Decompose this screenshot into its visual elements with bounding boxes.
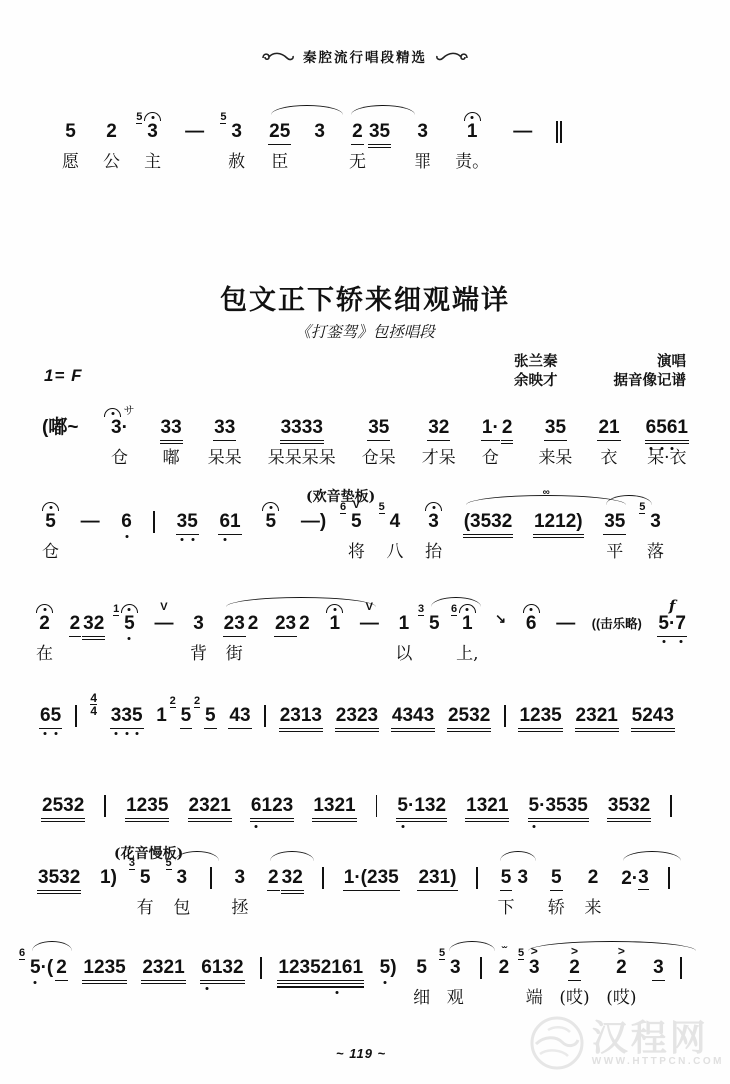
note-char: 2 <box>56 957 67 979</box>
note-char: 2 <box>480 705 491 727</box>
lyric-text: 街 <box>226 639 243 665</box>
note-char: 2 <box>269 121 280 143</box>
octave-dot <box>671 447 674 450</box>
note-char: 2 <box>39 613 50 635</box>
barline <box>680 957 682 979</box>
note-digits: 2 3 <box>275 613 296 635</box>
lyric-text: 呆·衣 <box>647 443 686 469</box>
note-char: 3 <box>402 705 413 727</box>
note-digits: 3 5 <box>368 417 389 439</box>
note-token: 2532 <box>42 778 84 817</box>
note-char: 1 <box>467 121 478 143</box>
note-char: 5 <box>187 511 198 533</box>
beam-underline <box>575 731 619 732</box>
note-token: 2 5臣 <box>269 104 290 173</box>
note-digits: 1321 <box>466 795 508 817</box>
note-digits: 2532 <box>42 795 84 817</box>
breath-mark-icon: V <box>160 602 167 613</box>
note-char: 6 <box>251 795 262 817</box>
note-token: ((击乐略) <box>592 596 642 635</box>
note-char: 3 <box>429 867 440 889</box>
note-token: 5仓 <box>42 494 59 563</box>
note-digits: (嘟~ <box>42 417 78 439</box>
barline <box>560 121 562 143</box>
note-token: 2 <box>299 596 310 635</box>
note-char: 3 <box>424 705 435 727</box>
note-char: 1 <box>399 613 410 635</box>
note-char: 3 <box>121 705 132 727</box>
note-char: 1 <box>462 613 473 635</box>
double-barline <box>556 121 562 143</box>
note-char: 2 <box>248 613 259 635</box>
note-char: 5 <box>397 795 408 817</box>
note-char: 2 <box>367 867 378 889</box>
note-annotations: サ <box>104 400 134 417</box>
note-digits: 1235 <box>126 795 168 817</box>
barline <box>504 705 506 727</box>
lyric-text: 仓呆 <box>362 443 396 469</box>
note-digits: 56 <box>351 511 362 533</box>
note-char: 1 <box>414 795 425 817</box>
note-token: 1235 <box>519 688 561 727</box>
octave-dot <box>125 732 128 735</box>
note-token: 6561呆·衣 <box>646 400 688 469</box>
note-digits: 1) <box>100 867 117 889</box>
music-line: 5愿2公35主—35赦2 5臣32无353罪1责。— <box>62 104 562 173</box>
note-char: ) <box>111 867 117 889</box>
beam-underline <box>607 818 651 819</box>
note-char: 6 <box>219 511 230 533</box>
beam-underline <box>447 731 491 732</box>
fermata-icon <box>326 604 343 613</box>
note-char: 2 <box>597 705 608 727</box>
note-token: 16上, <box>456 596 478 665</box>
note-char: 1 <box>83 957 94 979</box>
beam-underline <box>607 821 651 822</box>
octave-dot <box>679 640 682 643</box>
note-token: 2 1衣 <box>598 400 619 469</box>
note-char: 3 <box>425 795 436 817</box>
note-char: 3 <box>240 705 251 727</box>
note-char: 5 <box>65 121 76 143</box>
note-char: 1 <box>329 613 340 635</box>
note-char: 2 <box>70 613 81 635</box>
note-digits: 4343 <box>392 705 434 727</box>
note-char: 4 <box>229 705 240 727</box>
note-token: 1 <box>326 596 343 635</box>
lyric-text: 呆呆呆呆 <box>268 443 336 469</box>
beam-underline <box>250 821 294 822</box>
note-char: 2 <box>189 795 200 817</box>
octave-dot <box>649 447 652 450</box>
watermark-name: 汉程网 <box>592 1020 724 1056</box>
note-token: 1212) <box>534 494 583 533</box>
note-token: V— <box>154 596 173 635</box>
note-char: 4 <box>653 705 664 727</box>
note-char: 3 <box>153 957 164 979</box>
note-char: 3 <box>177 511 188 533</box>
note-char: 2 <box>106 121 117 143</box>
note-token: 5下 <box>498 850 515 919</box>
beam-underline <box>41 818 85 819</box>
music-line: 2在23251V—3背2 3街22 321V—1以5316上,↘6—((击乐略)… <box>36 596 686 665</box>
book-header-title: 秦腔流行唱段精选 <box>303 46 427 66</box>
note-char: 2 <box>566 511 577 533</box>
beam-underline <box>447 728 491 729</box>
note-token: >2(哎) <box>559 940 589 1009</box>
note-char: 3 <box>663 705 674 727</box>
note-token: (嘟~ <box>42 400 78 439</box>
beam-underline <box>463 534 514 535</box>
lyric-text: 背 <box>190 639 207 665</box>
barline-cell <box>260 940 262 979</box>
lyric-text: 衣 <box>601 443 618 469</box>
beam-underline <box>279 728 323 729</box>
note-char: 5 <box>132 705 143 727</box>
note-digits: 1235 <box>519 705 561 727</box>
note-digits: ↘ <box>495 608 506 630</box>
lyric-text: 细 <box>413 983 430 1009</box>
note-char: 2 <box>70 867 81 889</box>
note-token: 3背 <box>190 596 207 665</box>
note-char: 3 <box>470 511 481 533</box>
note-token: 2来 <box>584 850 601 919</box>
note-char: 3 <box>147 795 158 817</box>
double-barline-cell <box>556 104 562 143</box>
music-line: 253212352321612313215·13213215·35353532 <box>42 778 672 817</box>
octave-dot <box>180 538 183 541</box>
note-digits: 231) <box>418 867 456 889</box>
note-annotations <box>425 494 442 511</box>
note-token: 3抬 <box>425 494 442 563</box>
note-char: 1 <box>482 417 493 439</box>
note-char: · <box>492 417 498 439</box>
note-token: 6 <box>523 596 540 635</box>
lyric-text: 八 <box>386 537 403 563</box>
barline-cell <box>75 688 77 727</box>
note-token: 2在 <box>36 596 53 665</box>
beam-underline <box>200 983 244 984</box>
note-char: 2 <box>448 705 459 727</box>
beam-underline <box>281 893 304 894</box>
lyric-text: 臣 <box>271 147 288 173</box>
note-char: 3 <box>63 795 74 817</box>
beam-underline <box>550 890 563 891</box>
note-annotations <box>42 494 59 511</box>
note-char: 3 <box>368 417 379 439</box>
beam-underline <box>188 818 232 819</box>
octave-dot <box>532 825 535 828</box>
note-char: 2 <box>94 957 105 979</box>
note-char: 5 <box>416 957 427 979</box>
fermata-icon <box>425 502 442 511</box>
note-char: 2 <box>94 613 105 635</box>
note-char: 3 <box>314 121 325 143</box>
note-token: 4 3 <box>229 688 250 727</box>
note-digits: 53 <box>429 613 440 635</box>
lyric-text: (哎) <box>559 983 589 1009</box>
note-token: 35 <box>369 104 390 143</box>
note-char: 5 <box>45 511 56 533</box>
lyric-text: 来 <box>584 893 601 919</box>
barline-cell <box>264 688 266 727</box>
beam-underline <box>176 534 199 535</box>
grace-note: 2 <box>194 696 200 708</box>
note-char: 2 <box>357 705 368 727</box>
note-token: 6 <box>121 494 132 533</box>
note-char: — <box>513 121 532 143</box>
barline-cell <box>504 688 506 727</box>
note-digits: 2 <box>352 121 363 143</box>
note-char: 6 <box>526 613 537 635</box>
note-digits: 1·(235 <box>344 867 399 889</box>
beam-underline <box>312 818 356 819</box>
note-token: 35赦 <box>228 104 245 173</box>
note-digits: — <box>185 121 204 143</box>
beam-underline <box>55 980 68 981</box>
note-char: 5 <box>529 795 540 817</box>
note-group: 232 <box>268 850 303 889</box>
note-char: 3 <box>231 121 242 143</box>
note-token: 4343 <box>392 688 434 727</box>
note-digits: 3 <box>314 121 325 143</box>
note-token: 1235 <box>83 940 125 979</box>
note-digits: 1 <box>399 613 410 635</box>
note-token: 2321 <box>142 940 184 979</box>
note-char: 3 <box>300 957 311 979</box>
note-digits: — <box>81 511 100 533</box>
octave-dot <box>223 538 226 541</box>
music-line: 5·(62123523216132123521615)5细35观ˇˇ2>35端>… <box>30 940 682 1009</box>
note-char: 5 <box>351 511 362 533</box>
note-char: 1 <box>126 795 137 817</box>
note-char: 3 <box>222 957 233 979</box>
note-group: 1·仓2 <box>482 400 513 469</box>
lyric-text: 仓 <box>111 443 128 469</box>
octave-dot <box>205 987 208 990</box>
note-token: 5细 <box>413 940 430 1009</box>
note-token: 2 3 <box>275 596 296 635</box>
note-char: 2 <box>42 795 53 817</box>
note-char: 5 <box>181 705 192 727</box>
note-char: 3 <box>161 417 172 439</box>
note-token: 5) <box>380 940 397 979</box>
note-char: 2 <box>336 705 347 727</box>
note-annotations <box>326 596 343 613</box>
note-char: 3 <box>105 957 116 979</box>
beam-underline <box>160 443 183 444</box>
beam-underline <box>603 534 626 535</box>
note-token: 2532 <box>448 688 490 727</box>
fermata-icon <box>144 112 161 121</box>
barline <box>75 705 77 727</box>
octave-dot <box>255 825 258 828</box>
note-digits: 6123 <box>251 795 293 817</box>
note-char: 2 <box>640 795 651 817</box>
note-token: — <box>556 596 575 635</box>
note-char: ( <box>47 957 53 979</box>
note-digits: 3 5 <box>604 511 625 533</box>
note-digits: 35 <box>177 511 198 533</box>
note-char: 2 <box>352 121 363 143</box>
note-char: 2 <box>569 957 580 979</box>
beam-underline <box>368 144 391 145</box>
note-char: 2 <box>439 417 450 439</box>
note-token: >2(哎) <box>606 940 636 1009</box>
barline-cell <box>104 778 106 817</box>
beam-underline <box>391 728 435 729</box>
lyric-text: 才呆 <box>422 443 456 469</box>
note-char: 7 <box>675 613 686 635</box>
note-char: ) <box>450 867 456 889</box>
note-digits: 35 <box>450 957 461 979</box>
beam-underline <box>213 440 236 441</box>
beam-underline <box>125 818 169 819</box>
note-char: 1 <box>555 511 566 533</box>
note-char: 3 <box>428 417 439 439</box>
note-char: 3 <box>291 417 302 439</box>
note-annotations <box>523 596 540 613</box>
note-group: 5下3 <box>498 850 529 919</box>
beam-underline <box>481 440 500 441</box>
octave-dot <box>34 981 37 984</box>
barline <box>668 867 670 889</box>
slur-icon <box>623 851 681 861</box>
grace-note: 1 <box>113 604 119 616</box>
note-token: 2 3街 <box>224 596 245 665</box>
note-char: 略 <box>625 613 638 635</box>
note-token: 32 <box>282 850 303 889</box>
note-char: 3 <box>608 795 619 817</box>
trill-icon: ˇˇ <box>502 947 507 957</box>
note-digits: 12352161 <box>278 957 363 979</box>
note-char: 2 <box>598 417 609 439</box>
note-char: 3 <box>653 957 664 979</box>
note-token: 1235 <box>126 778 168 817</box>
note-char: 3 <box>604 511 615 533</box>
section-label: (花音慢板) <box>114 843 183 863</box>
note-digits: 3 <box>193 613 204 635</box>
note-digits: 5·(6 <box>30 957 53 979</box>
music-line: (嘟~サ3·仓33嘟3 3呆呆3 3 3 3呆呆呆呆3 5仓呆3 2才呆1·仓2… <box>42 400 688 469</box>
beam-underline <box>69 636 82 637</box>
beam-underline <box>82 639 105 640</box>
note-digits: 2321 <box>576 705 618 727</box>
fermata-icon <box>36 604 53 613</box>
note-digits: 2 <box>39 613 50 635</box>
beam-underline <box>141 980 185 981</box>
note-char: 5 <box>124 613 135 635</box>
note-digits: 2323 <box>336 705 378 727</box>
note-char: 3 <box>59 867 70 889</box>
note-digits: —) <box>301 511 326 533</box>
note-char: 5 <box>656 417 667 439</box>
note-char: 5 <box>379 417 390 439</box>
watermark-url: WWW.HTTPCN.COM <box>592 1056 724 1067</box>
accent-icon: > <box>531 946 538 957</box>
lyric-text: 落 <box>647 537 664 563</box>
grace-note: 2 <box>170 696 176 708</box>
octave-dot <box>662 640 665 643</box>
note-annotations: > <box>571 940 578 957</box>
fermata-icon <box>121 604 138 613</box>
grace-note: 5 <box>136 112 142 124</box>
beam-underline <box>568 980 581 981</box>
note-token: 3 3呆呆 <box>208 400 242 469</box>
lyric-text: 愿 <box>62 147 79 173</box>
note-char: 3 <box>311 705 322 727</box>
octave-dot <box>136 732 139 735</box>
note-char: 3 <box>302 417 313 439</box>
note-digits: 3 3 3 3 <box>281 417 323 439</box>
note-digits: 33 <box>161 417 182 439</box>
note-char: 5 <box>481 511 492 533</box>
beam-underline <box>267 890 280 891</box>
note-token: 3 5来呆 <box>538 400 572 469</box>
singer-role: 演唱 <box>657 352 686 371</box>
breath-mark-icon: V <box>366 602 373 613</box>
note-annotations <box>121 596 138 613</box>
note-token: 3 5平 <box>604 494 625 563</box>
note-char: 2 <box>164 957 175 979</box>
beam-underline <box>180 728 193 729</box>
note-digits: 6561 <box>646 417 688 439</box>
music-line: 65443 35152524 3231323234343253212352321… <box>40 688 674 729</box>
note-token: 1321 <box>466 778 508 817</box>
lyric-text: 观 <box>447 983 464 1009</box>
beam-underline <box>657 636 686 637</box>
transcriber-role: 据音像记谱 <box>614 371 687 390</box>
accent-icon: > <box>618 946 625 957</box>
note-digits: 1 <box>329 613 340 635</box>
barline <box>322 867 324 889</box>
note-char: 2 <box>142 957 153 979</box>
note-char: 3 <box>428 511 439 533</box>
note-digits: ((击乐略) <box>592 613 642 635</box>
note-token: 2 <box>56 940 67 979</box>
note-token: 3532 <box>608 778 650 817</box>
note-char: 5 <box>51 705 62 727</box>
note-token: 5轿 <box>548 850 565 919</box>
note-annotations <box>262 494 279 511</box>
note-digits: 2 <box>588 867 599 889</box>
lyric-text: 将 <box>348 537 365 563</box>
note-token: 3 <box>653 940 664 979</box>
note-char: ↘ <box>495 608 506 630</box>
note-digits: — <box>360 613 379 635</box>
barline-cell <box>210 850 212 889</box>
beam-underline <box>335 731 379 732</box>
grace-note: 5 <box>518 948 524 960</box>
note-digits: 2 <box>70 613 81 635</box>
note-token: 2 <box>248 596 259 635</box>
note-token: 5 <box>262 494 279 533</box>
note-digits: 5 <box>65 121 76 143</box>
beam-underline <box>518 728 562 729</box>
note-token: >35端 <box>526 940 543 1009</box>
note-digits: 4 3 <box>229 705 250 727</box>
note-char: ) <box>576 511 582 533</box>
lyric-text: 在 <box>36 639 53 665</box>
note-digits: 16 <box>462 613 473 635</box>
section-label: (欢音垫板) <box>306 486 375 506</box>
note-digits: 2 <box>268 867 279 889</box>
note-char: 3 <box>111 417 122 439</box>
note-digits: 52 <box>205 705 216 727</box>
note-digits: 51 <box>124 613 135 635</box>
note-digits: 35 <box>529 957 540 979</box>
note-char: 3 <box>417 121 428 143</box>
